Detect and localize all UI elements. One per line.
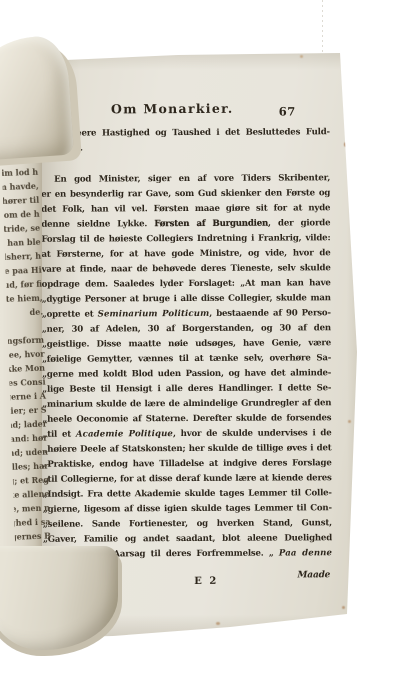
left-page-fragment-line: egieringsform [8, 333, 46, 348]
text-line: „Praktiske, endog have Tilladelse at ind… [43, 456, 332, 473]
page-number: 67 [279, 104, 296, 118]
left-page-fragment-line: literne, men n [14, 500, 52, 515]
text-line: „lige Beste til Hensigt i alle deres Han… [42, 381, 331, 398]
text-line: er en besynderlig rar Gave, som Gud skie… [41, 186, 330, 203]
left-page-fragment-line: t ud, før fi [6, 277, 44, 292]
left-page-fragment-line: drag; et Reg [13, 472, 51, 487]
text-line: opdrage dem. Saaledes lyder Forslaget: „… [42, 276, 331, 293]
foxing-spot [342, 606, 345, 609]
text-line: „føielige Gemytter, vænnes til at tænke … [42, 351, 331, 368]
text-line: „til et Academie Politique, hvor de skul… [42, 426, 331, 443]
book-photo: Om Monarkier. 67 ling, meere Hastighed o… [0, 0, 397, 700]
text-line: „høiere Deele af Statskonsten; her skuld… [42, 441, 331, 458]
text-line: byrdelse. [41, 140, 330, 157]
text-line: „heele Oeconomie af Staterne. Derefter s… [42, 411, 331, 428]
text-line: at Førsterne, for at have gode Ministre,… [41, 246, 330, 263]
left-page-fragment-line: Sagerne i A [10, 389, 48, 404]
paragraph: ling, meere Hastighed og Taushed i det B… [41, 125, 330, 157]
left-page-fragment-line: som de h [3, 207, 41, 222]
page-text-block: Om Monarkier. 67 ling, meere Hastighed o… [41, 100, 333, 597]
text-line: „gierne, ligesom af disse igien skulde t… [43, 501, 332, 518]
running-header-title: Om Monarkier. [111, 101, 234, 117]
text-line: „minarium skulde de lære de almindelige … [42, 396, 331, 413]
left-page-fragment-line: ange see, hvor [8, 347, 46, 362]
left-page-fragment-line: at han ble [4, 235, 42, 250]
text-line: „geistlige. Disse maatte nøie udsøges, h… [42, 336, 331, 353]
left-page-fragment-line: Him lod h [2, 165, 40, 180]
foxing-spot [344, 142, 348, 147]
left-page-fragment-line: Stride, se [4, 221, 42, 236]
page-body-text: ling, meere Hastighed og Taushed i det B… [41, 125, 332, 597]
left-page-fragment-line: dde paa Hi [5, 263, 43, 278]
page-edge-line [322, 0, 323, 54]
text-line: „ner, 30 af Adelen, 30 af Borgerstanden,… [42, 321, 331, 338]
running-header: Om Monarkier. 67 [41, 100, 330, 119]
left-page-fragment-line [7, 319, 45, 334]
text-line: ling, meere Hastighed og Taushed i det B… [41, 125, 330, 142]
left-page-fragment-line: Sagernes B [15, 528, 53, 543]
text-line: En god Minister, siger en af vore Tiders… [41, 171, 330, 188]
left-page-fragment-line: erstand: hør [11, 430, 49, 445]
left-page-fragment-line: ve ikke Mon [9, 361, 47, 376]
text-line: „oprette et Seminarium Politicum, bestaa… [42, 306, 331, 323]
left-page-fragment-line: ham havde, [2, 179, 40, 194]
signature-mark: E 2 [194, 576, 218, 587]
foxing-spot [300, 55, 303, 58]
text-line: denne sieldne Lykke. Førsten af Burgundi… [41, 216, 330, 233]
foxing-spot [216, 622, 220, 625]
catchword: Maade [298, 570, 331, 580]
text-line: „dygtige Personer at bruge i alle disse … [42, 291, 331, 308]
text-line: „til Collegierne, for at disse deraf kun… [43, 471, 332, 488]
text-line: det Folk, han vil vel. Førsten maae giør… [41, 201, 330, 218]
left-page-fragment-line: de. [7, 305, 45, 320]
text-line: „Indsigt. Fra dette Akademie skulde tage… [43, 486, 332, 503]
left-page-fragment-line: Mund; lader [11, 416, 49, 431]
text-line: Forslag til de høieste Collegiers Indret… [41, 231, 330, 248]
foxing-spot [348, 420, 351, 423]
left-page-fragment-line: Enighed i sa [14, 514, 52, 529]
left-page-fragment-line: førte hiem, [6, 291, 44, 306]
paragraph: En god Minister, siger en af vore Tiders… [41, 171, 332, 563]
left-page-fragment-line: a deres Consi [9, 375, 47, 390]
left-page-fragment-line: sten ikke allene [13, 486, 51, 501]
left-page-fragment-line: forestilles; har [12, 458, 50, 473]
text-line: vare at finde, naar de behøvede deres Ti… [42, 261, 331, 278]
text-line: „seilene. Sande Fortienester, og hverken… [43, 516, 332, 533]
left-page-fragment-line: der hører til [3, 193, 41, 208]
left-page-fragment-line: Raadsherr, h [5, 249, 43, 264]
left-page-fragment-line: rund; uden [12, 444, 50, 459]
left-page-fragment-line: llegier; er S [10, 402, 48, 417]
text-line: „gerne med koldt Blod uden Passion, og h… [42, 366, 331, 383]
